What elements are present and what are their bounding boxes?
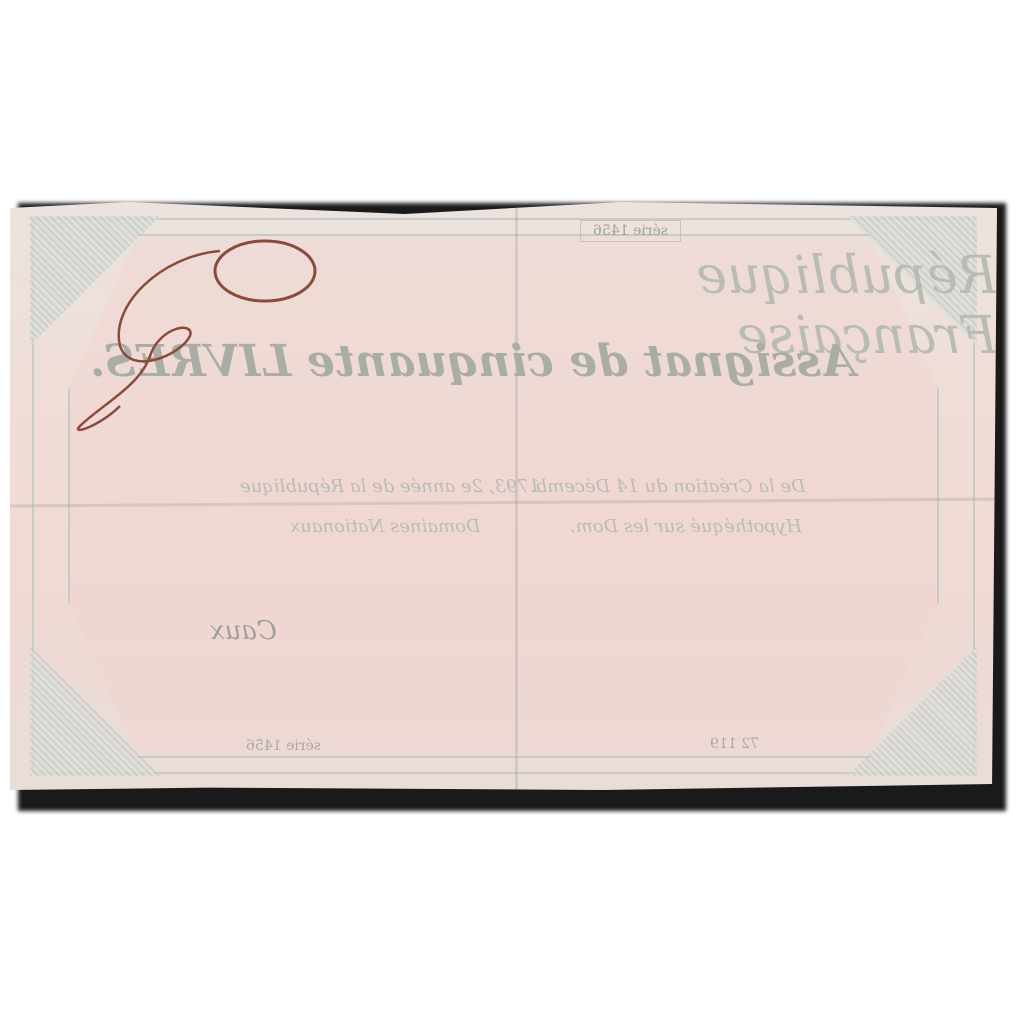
serial-number: 72 119 — [710, 736, 759, 752]
handwritten-ink-mark-icon — [40, 226, 340, 446]
serie-label-top: série 1456 — [580, 220, 681, 242]
text-left-1: 1793, 2e année de la République — [240, 476, 540, 497]
text-right-2: Hypothéqué sur les Dom. — [570, 516, 802, 537]
banknote: série 1456 République Française Assignat… — [10, 196, 997, 796]
signature: Caux — [210, 616, 277, 646]
text-right-1: De la Création du 14 Décemb. — [530, 476, 806, 497]
text-left-2: Domaines Nationaux — [290, 516, 480, 537]
serie-label-bottom: série 1456 — [236, 736, 331, 756]
